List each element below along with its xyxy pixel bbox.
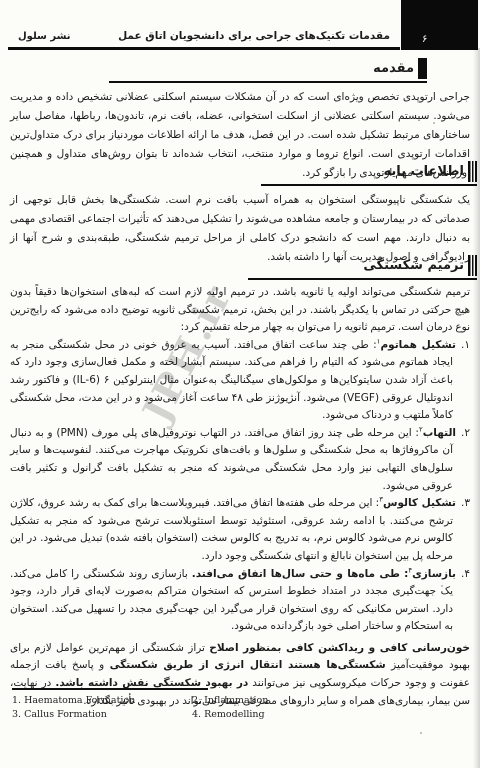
section-heading-intro: مقدمه xyxy=(367,58,427,83)
list-item-callus: ۳.تشکیل کالوس۳: این مرحله طی هفته‌ها اتف… xyxy=(10,495,470,565)
section-heading-repair: ترمیم شکستگی xyxy=(357,255,477,280)
page-number: ۶ xyxy=(422,35,427,45)
footnote-1: 1. Haematoma Formation xyxy=(12,695,192,706)
footnote-grid: 1. Haematoma Formation 2. Inflammation 3… xyxy=(12,695,352,720)
item-number: ۱. xyxy=(456,337,470,355)
heading-underline xyxy=(109,81,427,83)
section-title: مقدمه xyxy=(367,61,414,76)
item-lead: : طی ماه‌ها و حتی سال‌ها اتفاق می‌افتد. xyxy=(192,568,409,580)
list-item-remodelling: ۴.بازسازی۴: طی ماه‌ها و حتی سال‌ها اتفاق… xyxy=(10,566,470,636)
item-title: بازسازی xyxy=(412,568,456,580)
item-number: ۲. xyxy=(456,425,470,443)
heading-underline xyxy=(261,184,477,186)
section-title: اطلاعات پایه xyxy=(378,164,464,179)
item-title: تشکیل هماتوم xyxy=(380,339,456,351)
item-text: : این مرحله طی چند روز اتفاق می‌افتد. در… xyxy=(10,427,453,492)
page-number-badge: ۶ xyxy=(401,0,478,50)
header-publisher: نشر سلول xyxy=(18,31,71,42)
heading-bar-icon xyxy=(418,58,427,79)
section-title: ترمیم شکستگی xyxy=(357,258,464,273)
section-basics: اطلاعات پایه یک شکستگی ناپیوستگی استخوان… xyxy=(10,161,477,267)
item-title: التهاب xyxy=(423,427,456,439)
item-title: تشکیل کالوس xyxy=(383,497,456,509)
item-number: ۴. xyxy=(456,566,470,584)
item-number: ۳. xyxy=(456,495,470,513)
list-item-inflammation: ۲.التهاب۲: این مرحله طی چند روز اتفاق می… xyxy=(10,425,470,495)
footnote-separator xyxy=(12,688,208,690)
footnote-2: 2. Inflammation xyxy=(192,695,352,706)
footnote-4: 4. Remodelling xyxy=(192,709,352,720)
item-text: : طی چند ساعت اتفاق می‌افتد. آسیب به عرو… xyxy=(10,339,453,421)
section-repair: ترمیم شکستگی ترمیم شکستگی می‌تواند اولیه… xyxy=(10,255,477,710)
section-heading-basics: اطلاعات پایه xyxy=(378,161,477,186)
footnote-3: 3. Callus Formation xyxy=(12,709,192,720)
heading-bar-icon xyxy=(468,161,477,182)
repair-stages-list: ۱.تشکیل هماتوم۱: طی چند ساعت اتفاق می‌اف… xyxy=(10,337,470,636)
scanned-book-page: ۶ نشر سلول مقدمات تکنیک‌های جراحی برای د… xyxy=(0,0,480,768)
repair-paragraph: ترمیم شکستگی می‌تواند اولیه یا ثانویه با… xyxy=(10,284,470,337)
heading-underline xyxy=(248,278,477,280)
footnotes-block: 1. Haematoma Formation 2. Inflammation 3… xyxy=(12,688,352,720)
heading-bar-icon xyxy=(468,255,477,276)
list-item-haematoma: ۱.تشکیل هماتوم۱: طی چند ساعت اتفاق می‌اف… xyxy=(10,337,470,425)
paper-speck xyxy=(420,732,422,734)
header-running-title: مقدمات تکنیک‌های جراحی برای دانشجویان ات… xyxy=(118,30,390,42)
header-rule xyxy=(8,47,400,50)
